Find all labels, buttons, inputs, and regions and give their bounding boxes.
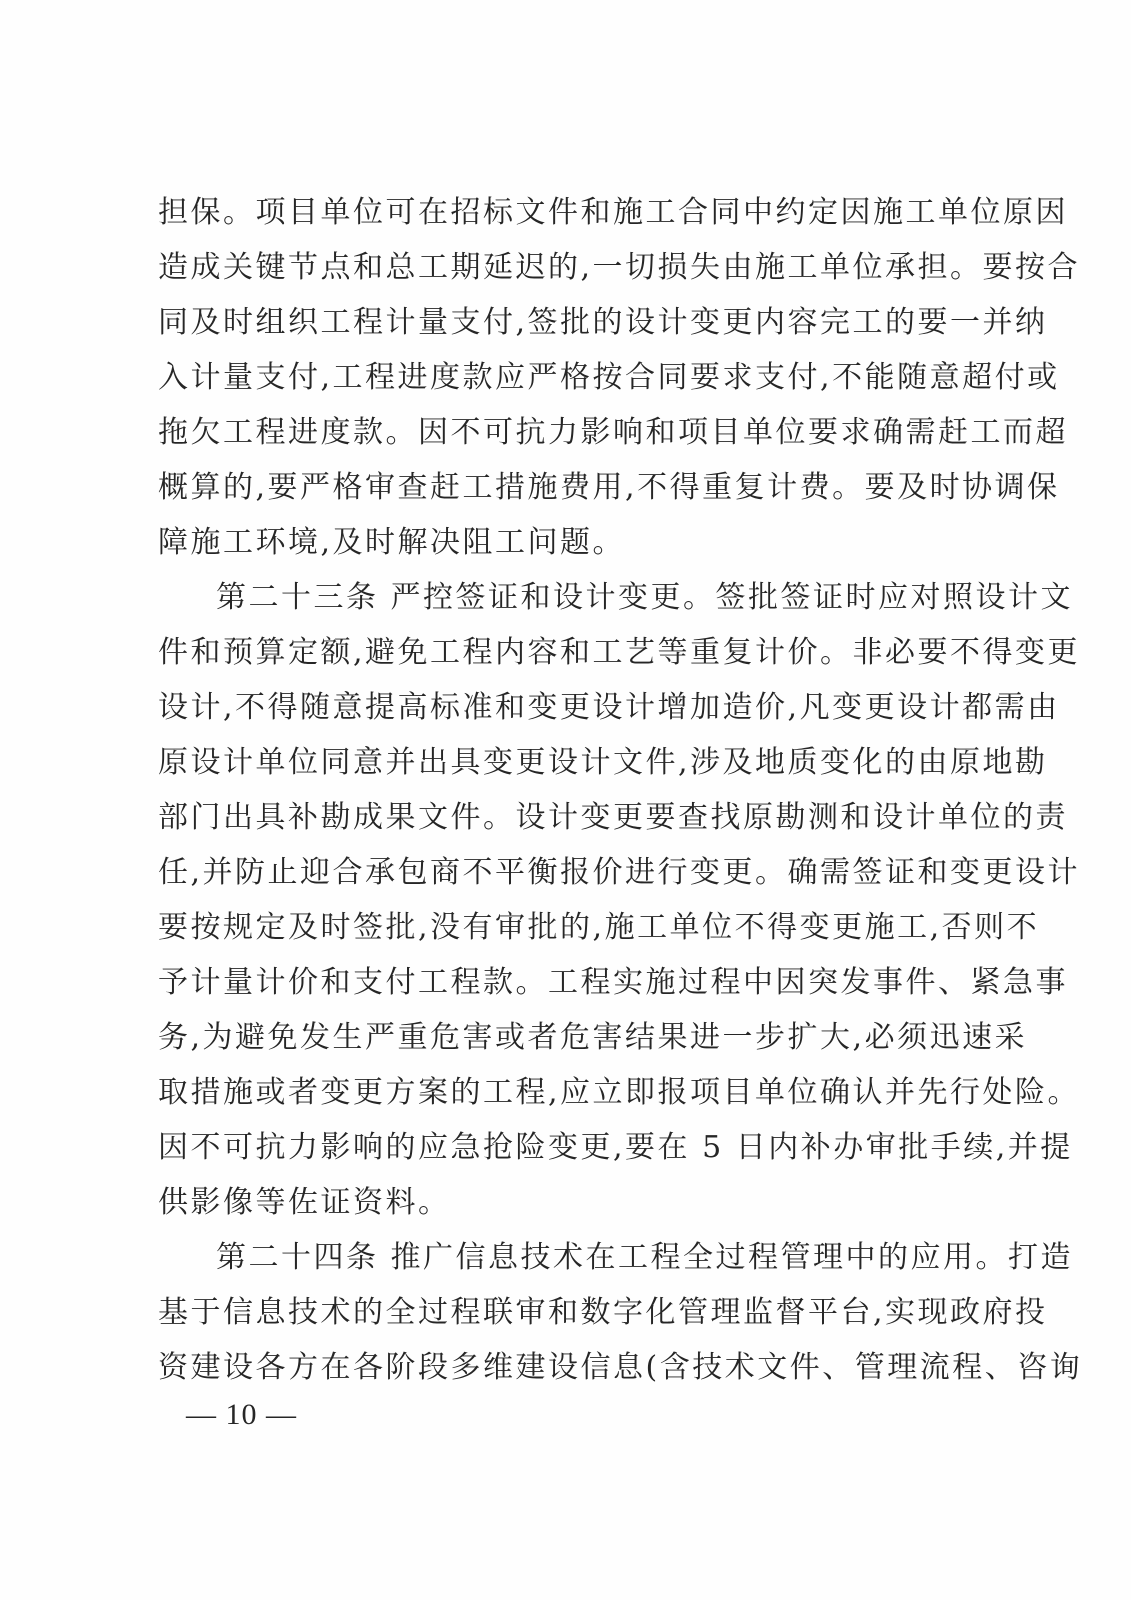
page-number: — 10 — bbox=[186, 1398, 297, 1432]
text-line: 概算的,要严格审查赶工措施费用,不得重复计费。要及时协调保 bbox=[158, 460, 974, 515]
text-line: 予计量计价和支付工程款。工程实施过程中因突发事件、紧急事 bbox=[158, 955, 974, 1010]
text-line: 基于信息技术的全过程联审和数字化管理监督平台,实现政府投 bbox=[158, 1285, 974, 1340]
text-line: 同及时组织工程计量支付,签批的设计变更内容完工的要一并纳 bbox=[158, 295, 974, 350]
paragraph-article-23: 第二十三条 严控签证和设计变更。签批签证时应对照设计文 件和预算定额,避免工程内… bbox=[158, 570, 974, 1230]
paragraph-article-24: 第二十四条 推广信息技术在工程全过程管理中的应用。打造 基于信息技术的全过程联审… bbox=[158, 1230, 974, 1395]
text-line: 供影像等佐证资料。 bbox=[158, 1175, 974, 1230]
text-line: 取措施或者变更方案的工程,应立即报项目单位确认并先行处险。 bbox=[158, 1065, 974, 1120]
text-line: 原设计单位同意并出具变更设计文件,涉及地质变化的由原地勘 bbox=[158, 735, 974, 790]
text-line: 务,为避免发生严重危害或者危害结果进一步扩大,必须迅速采 bbox=[158, 1010, 974, 1065]
article-heading-line: 第二十三条 严控签证和设计变更。签批签证时应对照设计文 bbox=[158, 570, 974, 625]
text-line: 要按规定及时签批,没有审批的,施工单位不得变更施工,否则不 bbox=[158, 900, 974, 955]
text-line: 任,并防止迎合承包商不平衡报价进行变更。确需签证和变更设计 bbox=[158, 845, 974, 900]
text-line: 部门出具补勘成果文件。设计变更要查找原勘测和设计单位的责 bbox=[158, 790, 974, 845]
text-line: 资建设各方在各阶段多维建设信息(含技术文件、管理流程、咨询 bbox=[158, 1340, 974, 1395]
text-line: 障施工环境,及时解决阻工问题。 bbox=[158, 515, 974, 570]
text-line: 造成关键节点和总工期延迟的,一切损失由施工单位承担。要按合 bbox=[158, 240, 974, 295]
text-line: 担保。项目单位可在招标文件和施工合同中约定因施工单位原因 bbox=[158, 185, 974, 240]
text-line: 件和预算定额,避免工程内容和工艺等重复计价。非必要不得变更 bbox=[158, 625, 974, 680]
document-page: 担保。项目单位可在招标文件和施工合同中约定因施工单位原因 造成关键节点和总工期延… bbox=[0, 0, 1131, 1600]
paragraph-continuation: 担保。项目单位可在招标文件和施工合同中约定因施工单位原因 造成关键节点和总工期延… bbox=[158, 185, 974, 570]
document-body: 担保。项目单位可在招标文件和施工合同中约定因施工单位原因 造成关键节点和总工期延… bbox=[158, 185, 974, 1395]
text-line: 入计量支付,工程进度款应严格按合同要求支付,不能随意超付或 bbox=[158, 350, 974, 405]
article-heading-line: 第二十四条 推广信息技术在工程全过程管理中的应用。打造 bbox=[158, 1230, 974, 1285]
text-line: 因不可抗力影响的应急抢险变更,要在 5 日内补办审批手续,并提 bbox=[158, 1120, 974, 1175]
text-line: 设计,不得随意提高标准和变更设计增加造价,凡变更设计都需由 bbox=[158, 680, 974, 735]
text-line: 拖欠工程进度款。因不可抗力影响和项目单位要求确需赶工而超 bbox=[158, 405, 974, 460]
